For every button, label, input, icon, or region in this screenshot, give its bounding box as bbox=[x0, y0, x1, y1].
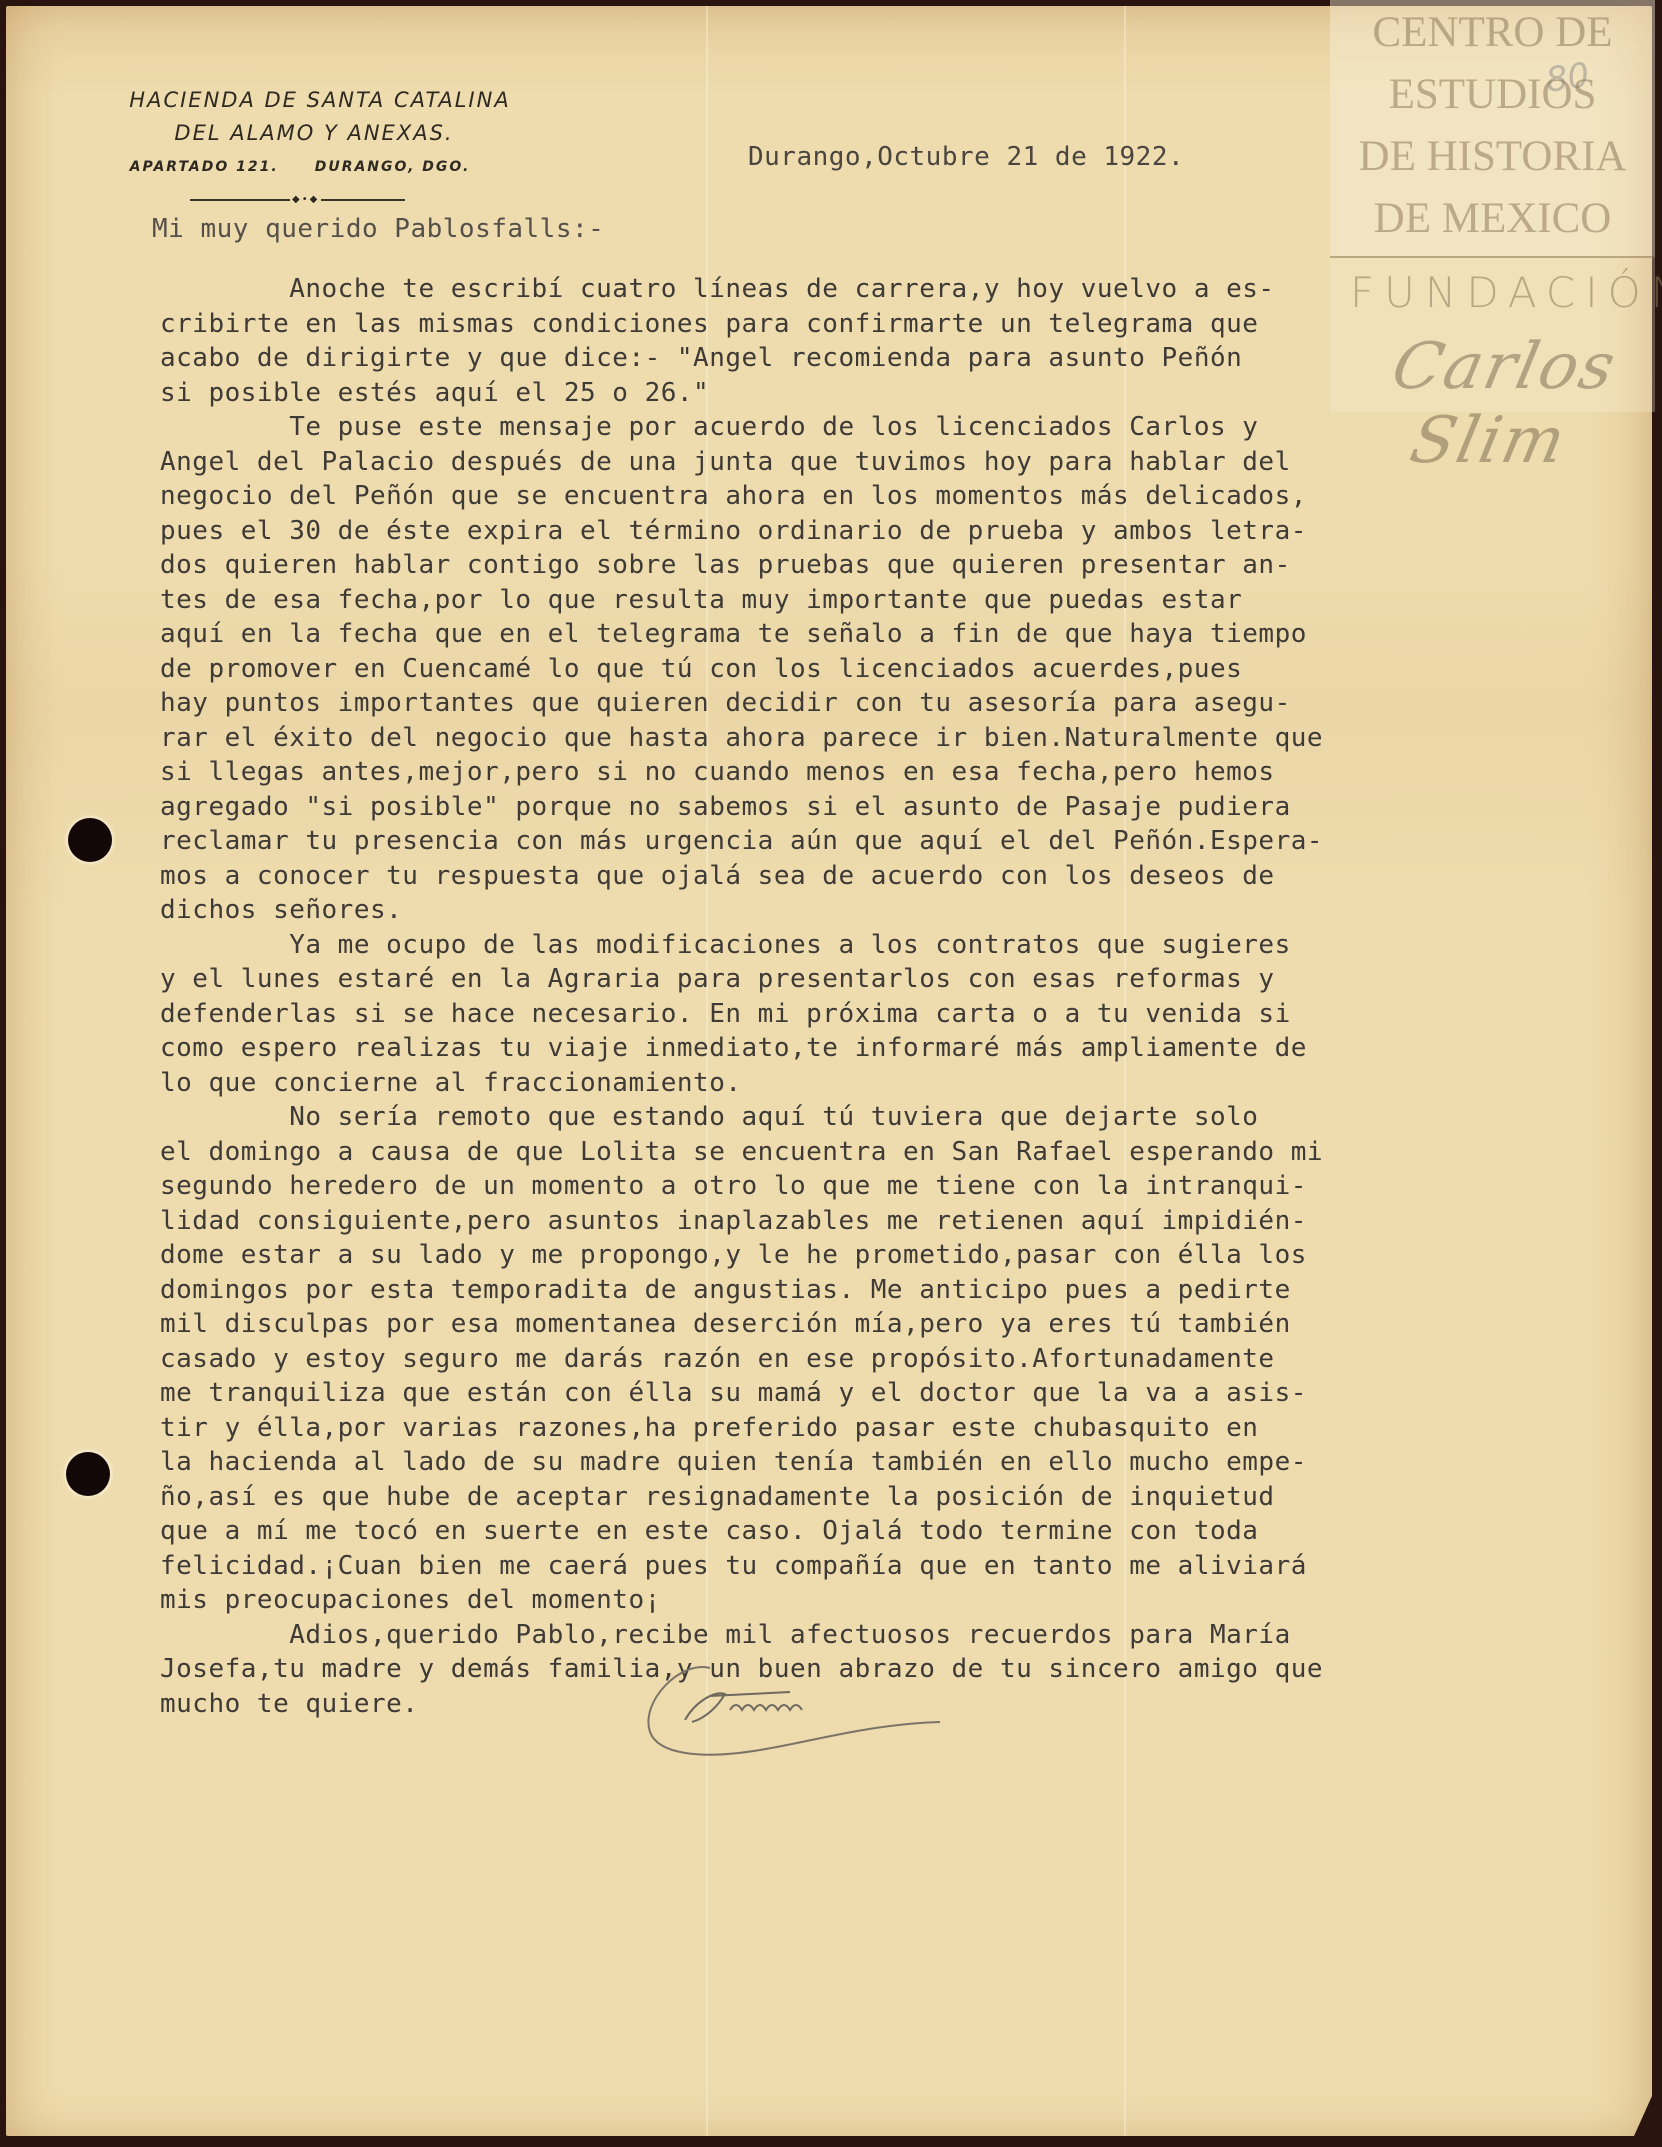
handwritten-signature: Atanasio bbox=[640, 1662, 960, 1772]
letter-salutation: Mi muy querido Pablosfalls:- bbox=[152, 212, 604, 247]
letter-line: Te puse este mensaje por acuerdo de los … bbox=[160, 410, 1323, 445]
letter-line: cribirte en las mismas condiciones para … bbox=[160, 307, 1323, 342]
letter-line: y el lunes estaré en la Agraria para pre… bbox=[160, 962, 1323, 997]
letterhead: HACIENDA DE SANTA CATALINA DEL ALAMO Y A… bbox=[60, 84, 580, 184]
diamond-ornament-icon: ◆•◆ bbox=[290, 195, 321, 205]
watermark-foundation: FUNDACIÓN bbox=[1350, 268, 1655, 317]
letter-line: reclamar tu presencia con más urgencia a… bbox=[160, 824, 1323, 859]
letter-line: aquí en la fecha que en el telegrama te … bbox=[160, 617, 1323, 652]
watermark-name: Carlos Slim bbox=[1322, 330, 1662, 478]
letter-line: si llegas antes,mejor,pero si no cuando … bbox=[160, 755, 1323, 790]
letter-line: tir y élla,por varias razones,ha preferi… bbox=[160, 1411, 1323, 1446]
torn-corner bbox=[1634, 2096, 1652, 2136]
letterhead-address: APARTADO 121. DURANGO, DGO. bbox=[20, 150, 580, 184]
letter-line: el domingo a causa de que Lolita se encu… bbox=[160, 1135, 1323, 1170]
watermark-divider bbox=[1330, 256, 1655, 258]
letter-line: No sería remoto que estando aquí tú tuvi… bbox=[160, 1100, 1323, 1135]
archive-watermark: CENTRO DE ESTUDIOS DE HISTORIA DE MEXICO… bbox=[1330, 0, 1655, 412]
watermark-line: DE HISTORIA bbox=[1330, 126, 1655, 188]
letter-line: lidad consiguiente,pero asuntos inaplaza… bbox=[160, 1204, 1323, 1239]
letterhead-company: HACIENDA DE SANTA CATALINA bbox=[60, 84, 580, 116]
letter-date: Durango,Octubre 21 de 1922. bbox=[748, 140, 1184, 175]
letter-line: ño,así es que hube de aceptar resignadam… bbox=[160, 1480, 1323, 1515]
letter-line: lo que concierne al fraccionamiento. bbox=[160, 1066, 1323, 1101]
watermark-line: CENTRO DE bbox=[1330, 2, 1655, 64]
letter-line: Anoche te escribí cuatro líneas de carre… bbox=[160, 272, 1323, 307]
letter-line: dichos señores. bbox=[160, 893, 1323, 928]
letter-line: de promover en Cuencamé lo que tú con lo… bbox=[160, 652, 1323, 687]
letterhead-city: DURANGO, DGO. bbox=[315, 150, 471, 184]
letter-line: mis preocupaciones del momento¡ bbox=[160, 1583, 1323, 1618]
letter-line: felicidad.¡Cuan bien me caerá pues tu co… bbox=[160, 1549, 1323, 1584]
watermark-line: ESTUDIOS bbox=[1330, 64, 1655, 126]
letter-line: que a mí me tocó en suerte en este caso.… bbox=[160, 1514, 1323, 1549]
letter-line: Ya me ocupo de las modificaciones a los … bbox=[160, 928, 1323, 963]
letter-line: casado y estoy seguro me darás razón en … bbox=[160, 1342, 1323, 1377]
letter-line: hay puntos importantes que quieren decid… bbox=[160, 686, 1323, 721]
punch-hole bbox=[66, 1452, 110, 1496]
letter-line: mil disculpas por esa momentanea deserci… bbox=[160, 1307, 1323, 1342]
letter-line: agregado "si posible" porque no sabemos … bbox=[160, 790, 1323, 825]
letter-line: si posible estés aquí el 25 o 26." bbox=[160, 376, 1323, 411]
letter-line: dos quieren hablar contigo sobre las pru… bbox=[160, 548, 1323, 583]
letterhead-ornament-divider: ◆•◆ bbox=[190, 195, 405, 205]
letter-line: segundo heredero de un momento a otro lo… bbox=[160, 1169, 1323, 1204]
letter-line: la hacienda al lado de su madre quien te… bbox=[160, 1445, 1323, 1480]
letter-line: negocio del Peñón que se encuentra ahora… bbox=[160, 479, 1323, 514]
letter-line: dome estar a su lado y me propongo,y le … bbox=[160, 1238, 1323, 1273]
letter-body: Anoche te escribí cuatro líneas de carre… bbox=[160, 272, 1323, 1721]
letter-line: pues el 30 de éste expira el término ord… bbox=[160, 514, 1323, 549]
letter-line: como espero realizas tu viaje inmediato,… bbox=[160, 1031, 1323, 1066]
letter-line: Adios,querido Pablo,recibe mil afectuoso… bbox=[160, 1618, 1323, 1653]
watermark-line: DE MEXICO bbox=[1330, 188, 1655, 250]
letter-line: tes de esa fecha,por lo que resulta muy … bbox=[160, 583, 1323, 618]
letter-line: acabo de dirigirte y que dice:- "Angel r… bbox=[160, 341, 1323, 376]
letter-line: defenderlas si se hace necesario. En mi … bbox=[160, 997, 1323, 1032]
letter-line: mos a conocer tu respuesta que ojalá sea… bbox=[160, 859, 1323, 894]
punch-hole bbox=[68, 818, 112, 862]
letter-line: me tranquiliza que están con élla su mam… bbox=[160, 1376, 1323, 1411]
letter-line: domingos por esta temporadita de angusti… bbox=[160, 1273, 1323, 1308]
letter-line: Angel del Palacio después de una junta q… bbox=[160, 445, 1323, 480]
letterhead-po-box: APARTADO 121. bbox=[130, 150, 279, 184]
letterhead-company-sub: DEL ALAMO Y ANEXAS. bbox=[48, 116, 580, 150]
letter-line: rar el éxito del negocio que hasta ahora… bbox=[160, 721, 1323, 756]
